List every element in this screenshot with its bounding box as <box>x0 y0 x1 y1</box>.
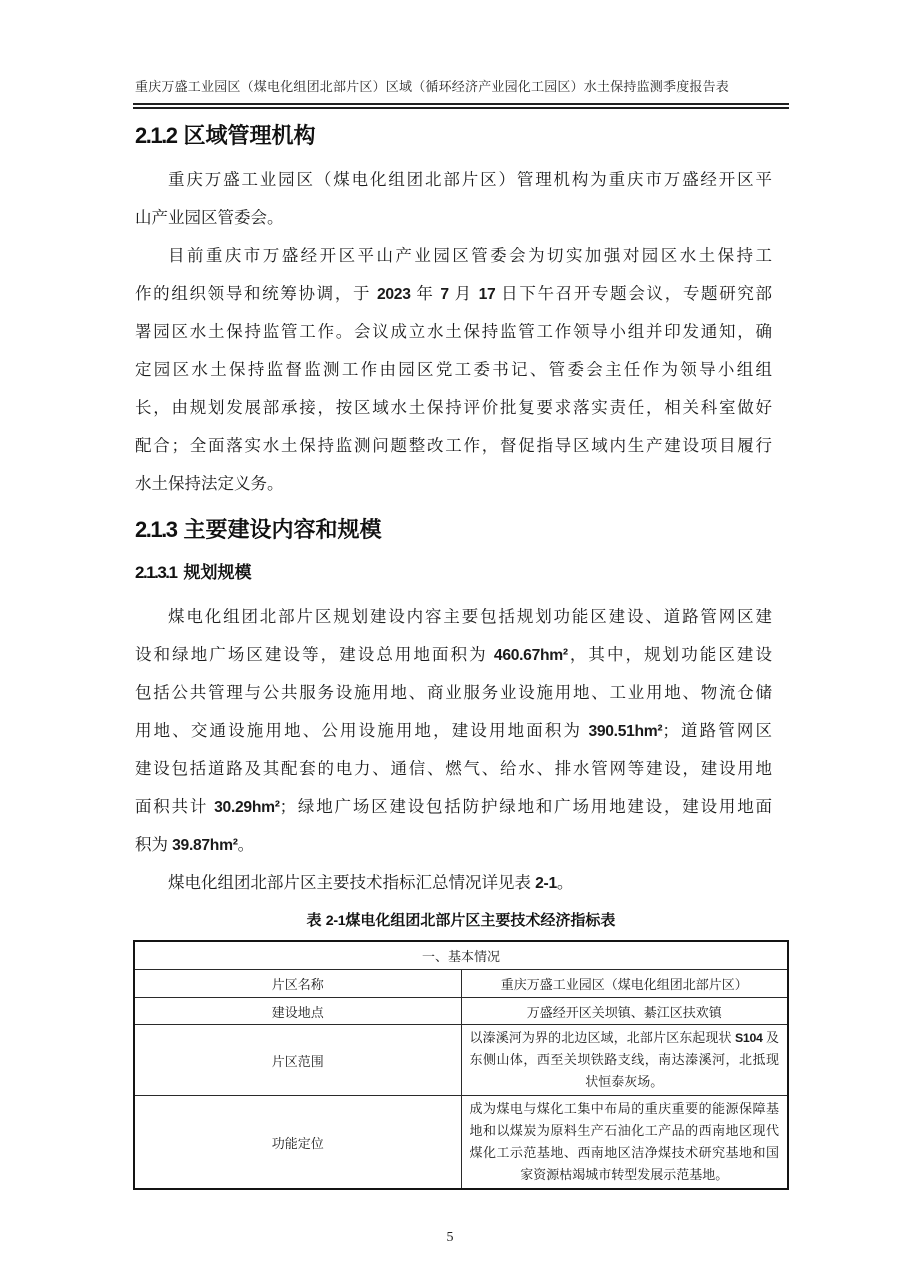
road-code: S104 <box>735 1031 763 1045</box>
area-road-value: 30.29hm² <box>214 799 279 816</box>
table-row: 片区范围 以溱溪河为界的北边区域，北部片区东起现状 S104 及东侧山体，西至关… <box>134 1025 788 1096</box>
row-value: 万盛经开区关坝镇、綦江区扶欢镇 <box>461 998 788 1025</box>
row-label: 功能定位 <box>134 1096 461 1190</box>
row-label: 片区范围 <box>134 1025 461 1096</box>
paragraph-line: 山产业园区管委会。 <box>135 199 772 237</box>
year-number: 2023 <box>377 286 411 303</box>
row-value: 重庆万盛工业园区（煤电化组团北部片区） <box>461 970 788 998</box>
table-row: 建设地点 万盛经开区关坝镇、綦江区扶欢镇 <box>134 998 788 1025</box>
table-section-header: 一、基本情况 <box>134 941 788 970</box>
paragraph-line: 面积共计 30.29hm²；绿地广场区建设包括防护绿地和广场用地建设，建设用地面 <box>135 788 772 826</box>
paragraph-3: 煤电化组团北部片区规划建设内容主要包括规划功能区建设、道路管网区建 设和绿地广场… <box>135 598 772 864</box>
header-divider <box>133 103 789 109</box>
table-section-header-row: 一、基本情况 <box>134 941 788 970</box>
section-heading-212: 2.1.2区域管理机构 <box>135 121 900 151</box>
paragraph-line: 建设包括道路及其配套的电力、通信、燃气、给水、排水管网等建设，建设用地 <box>135 750 772 788</box>
doc-header: 重庆万盛工业园区（煤电化组团北部片区）区域（循环经济产业园化工园区）水土保持监测… <box>135 0 795 96</box>
month-number: 7 <box>440 286 448 303</box>
heading-number: 2.1.2 <box>135 123 176 148</box>
paragraph-line: 重庆万盛工业园区（煤电化组团北部片区）管理机构为重庆市万盛经开区平 <box>135 161 772 199</box>
paragraph-line: 定园区水土保持监督监测工作由园区党工委书记、管委会主任作为领导小组组 <box>135 351 772 389</box>
heading-number: 2.1.3.1 <box>135 563 177 582</box>
page-number: 5 <box>0 1230 900 1246</box>
table-title-number: 2-1 <box>326 913 346 929</box>
paragraph-line: 长，由规划发展部承接，按区域水土保持评价批复要求落实责任，相关科室做好 <box>135 389 772 427</box>
area-green-value: 39.87hm² <box>172 837 237 854</box>
paragraph-line: 用地、交通设施用地、公用设施用地，建设用地面积为 390.51hm²；道路管网区 <box>135 712 772 750</box>
paragraph-line: 署园区水土保持监管工作。会议成立水土保持监管工作领导小组并印发通知，确 <box>135 313 772 351</box>
paragraph-line: 包括公共管理与公共服务设施用地、商业服务业设施用地、工业用地、物流仓储 <box>135 674 772 712</box>
row-label: 片区名称 <box>134 970 461 998</box>
heading-text: 区域管理机构 <box>183 123 315 148</box>
technical-indicators-table: 一、基本情况 片区名称 重庆万盛工业园区（煤电化组团北部片区） 建设地点 万盛经… <box>133 940 789 1190</box>
paragraph-2: 目前重庆市万盛经开区平山产业园区管委会为切实加强对园区水土保持工 作的组织领导和… <box>135 237 772 503</box>
row-value: 成为煤电与煤化工集中布局的重庆重要的能源保障基地和以煤炭为原料生产石油化工产品的… <box>461 1096 788 1190</box>
paragraph-4: 煤电化组团北部片区主要技术指标汇总情况详见表 2-1。 <box>135 864 772 902</box>
heading-number: 2.1.3 <box>135 517 176 542</box>
area-function-value: 390.51hm² <box>588 723 662 740</box>
table-ref-number: 2-1 <box>535 875 557 892</box>
paragraph-line: 煤电化组团北部片区主要技术指标汇总情况详见表 2-1。 <box>135 864 772 902</box>
row-label: 建设地点 <box>134 998 461 1025</box>
paragraph-line: 水土保持法定义务。 <box>135 465 772 503</box>
row-value: 以溱溪河为界的北边区域，北部片区东起现状 S104 及东侧山体，西至关坝铁路支线… <box>461 1025 788 1096</box>
table-2-1-title: 表 2-1煤电化组团北部片区主要技术经济指标表 <box>133 910 789 932</box>
table-row: 功能定位 成为煤电与煤化工集中布局的重庆重要的能源保障基地和以煤炭为原料生产石油… <box>134 1096 788 1190</box>
paragraph-line: 煤电化组团北部片区规划建设内容主要包括规划功能区建设、道路管网区建 <box>135 598 772 636</box>
section-heading-2131: 2.1.3.1规划规模 <box>135 561 900 585</box>
section-heading-213: 2.1.3主要建设内容和规模 <box>135 515 900 545</box>
table-row: 片区名称 重庆万盛工业园区（煤电化组团北部片区） <box>134 970 788 998</box>
heading-text: 主要建设内容和规模 <box>183 517 381 542</box>
day-number: 17 <box>479 286 496 303</box>
paragraph-line: 配合；全面落实水土保持监测问题整改工作，督促指导区域内生产建设项目履行 <box>135 427 772 465</box>
area-total-value: 460.67hm² <box>494 647 568 664</box>
document-page: 重庆万盛工业园区（煤电化组团北部片区）区域（循环经济产业园化工园区）水土保持监测… <box>0 0 900 1273</box>
paragraph-1: 重庆万盛工业园区（煤电化组团北部片区）管理机构为重庆市万盛经开区平 山产业园区管… <box>135 161 772 237</box>
paragraph-line: 作的组织领导和统筹协调，于 2023 年 7 月 17 日下午召开专题会议，专题… <box>135 275 772 313</box>
paragraph-line: 设和绿地广场区建设等，建设总用地面积为 460.67hm²，其中，规划功能区建设 <box>135 636 772 674</box>
paragraph-line: 积为 39.87hm²。 <box>135 826 772 864</box>
paragraph-line: 目前重庆市万盛经开区平山产业园区管委会为切实加强对园区水土保持工 <box>135 237 772 275</box>
heading-text: 规划规模 <box>184 563 252 582</box>
